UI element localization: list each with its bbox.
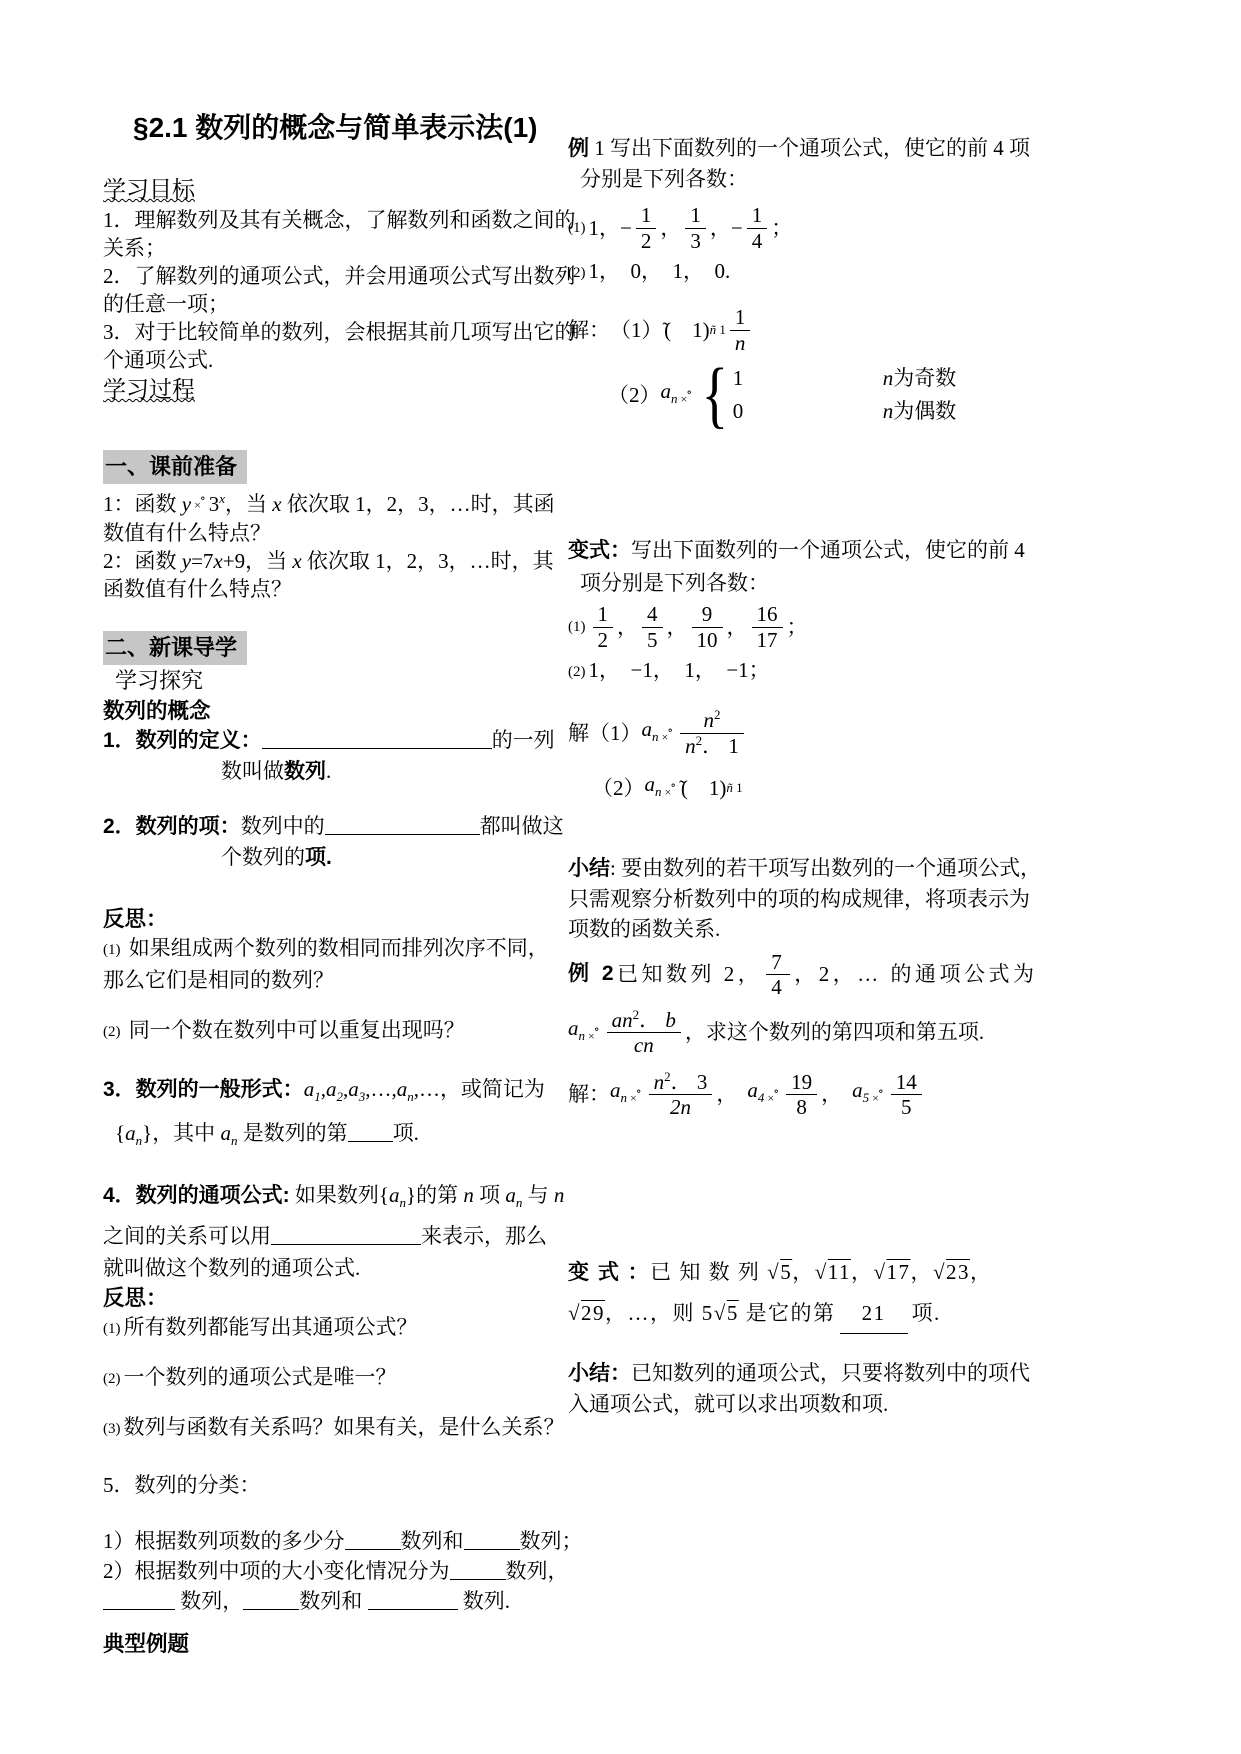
text: ，其中	[152, 1121, 220, 1145]
text: 1：函数	[103, 492, 182, 516]
example-1: 例 1 写出下面数列的一个通项公式，使它的前 4 项分别是下列各数：	[568, 133, 1178, 194]
var-x: x	[292, 549, 301, 573]
variation-2-label: 变 式 ：	[568, 1261, 650, 1284]
garbled-plus: ．	[639, 1008, 660, 1032]
text: ，或简记为	[440, 1077, 545, 1101]
fill-in-blank	[450, 1564, 506, 1580]
example-2-solution: 解：an×∘n2． 32n，a4×∘198，a5×∘145	[568, 1064, 1178, 1124]
text: 就叫做这个数列的通项公式.	[103, 1256, 360, 1280]
variation-1-item-1: (1)12，45，910，1617；	[568, 599, 1178, 655]
text: ,…,	[365, 1077, 397, 1101]
text: 已 知 数 列	[650, 1260, 767, 1284]
section-1-heading: 一、课前准备	[103, 450, 247, 484]
text: ，	[792, 1260, 815, 1284]
text: 数列中的	[241, 814, 325, 838]
fill-in-blank	[271, 1229, 421, 1245]
text: ；	[771, 213, 792, 243]
summary-1-label: 小结	[568, 857, 610, 880]
item-marker: (2)	[103, 1024, 121, 1040]
fraction: 45	[642, 602, 663, 651]
text: 项	[474, 1183, 506, 1207]
example-1-solution-1: 解：（1）˜( 1)ñ 11n	[568, 302, 1178, 358]
text: ，	[821, 1079, 842, 1109]
text: .	[326, 759, 331, 783]
goal-3-line-1: 3．对于比较简单的数列，会根据其前几项写出它的	[103, 320, 576, 344]
case-brace: {	[702, 364, 729, 427]
text: 个数列的	[221, 845, 305, 869]
text: 数列和	[299, 1589, 367, 1613]
term-a5: a5	[852, 1075, 869, 1113]
section-2-heading: 二、新课导学	[103, 631, 247, 665]
text: ，	[727, 612, 748, 642]
term-shulie: 数列	[284, 760, 326, 783]
text: 来表示，那么	[421, 1224, 547, 1248]
fill-in-blank	[464, 1534, 520, 1550]
solution-label: 解（1）	[568, 718, 642, 748]
radical: √5	[714, 1301, 739, 1325]
garbled-equals: ×∘	[872, 1076, 884, 1113]
minus-sign: −	[731, 213, 743, 243]
var-a: a	[397, 1077, 408, 1101]
text: 入通项公式，就可以求出项数和项.	[568, 1392, 888, 1416]
general-term-formula: 4．数列的通项公式: 如果数列{an}的第 n 项 an 与 n之间的关系可以用…	[103, 1179, 565, 1283]
garbled-equals: ×∘	[665, 770, 677, 807]
fill-in-blank	[243, 1594, 299, 1610]
definition-2: 2．数列的项：数列中的都叫做这个数列的项.	[103, 811, 565, 873]
example-1-item-2: (2)1， 0， 1， 0.	[568, 256, 1178, 288]
classification-heading: 5．数列的分类：	[103, 1470, 565, 1500]
example-1-number: 1	[589, 136, 610, 160]
radical: √17	[873, 1260, 910, 1284]
typical-examples-heading: 典型例题	[103, 1630, 565, 1658]
text: 写出下面数列的一个通项公式，使它的前 4 项	[610, 136, 1030, 160]
brace-open: {	[379, 1183, 389, 1207]
term-an: an	[610, 1075, 627, 1113]
reflect-2-heading: 反思：	[103, 1284, 565, 1312]
reflect-2-q2: (2)一个数列的通项公式是唯一？	[103, 1362, 565, 1394]
general-form-line-2: {an}，其中 an 是数列的第项.	[103, 1121, 419, 1145]
text: ，	[716, 1079, 737, 1109]
reflect-2-q3: (3)数列与函数有关系吗？如果有关，是什么关系？	[103, 1412, 565, 1444]
definition-1: 1．数列的定义：的一列数叫做数列.	[103, 725, 565, 787]
garbled-equals: ×∘	[681, 377, 693, 414]
text: 是数列的第	[237, 1121, 347, 1145]
text: 1， −1， 1， −1；	[589, 658, 770, 682]
term-an: an	[568, 1013, 585, 1051]
fraction: n2． 32n	[649, 1070, 713, 1119]
goal-item-2: 2．了解数列的通项公式，并会用通项公式写出数列的任意一项；	[103, 262, 565, 318]
variation-1: 变式：写出下面数列的一个通项公式，使它的前 4项分别是下列各数：	[568, 534, 1178, 599]
example-1-label: 例	[568, 137, 589, 160]
var-y: y	[182, 549, 191, 573]
summary-2-label: 小结：	[568, 1362, 631, 1385]
radical: √23	[933, 1260, 970, 1284]
var-a: a	[389, 1183, 400, 1207]
part-marker: （1）	[610, 315, 663, 345]
prep-question-1: 1：函数 y×∘3x，当 x 依次取 1，2，3，…时，其函数值有什么特点？	[103, 484, 565, 547]
text: 1，	[589, 213, 621, 243]
text: 项.	[393, 1121, 419, 1145]
text: =7	[191, 549, 213, 573]
general-form-label: 3．数列的一般形式：	[103, 1078, 304, 1101]
item-marker: (2)	[568, 664, 586, 680]
radical: √5	[767, 1260, 792, 1284]
text: 1， 0， 1， 0.	[589, 259, 731, 283]
fill-in-blank	[103, 1594, 175, 1610]
text: ，当	[225, 492, 272, 516]
item-marker: (1)	[568, 213, 586, 243]
var-y: y	[182, 492, 191, 516]
definition-2-label: 2．数列的项：	[103, 815, 241, 838]
text: 的第	[416, 1183, 463, 1207]
garbled-plus: ．	[671, 1070, 692, 1094]
concept-heading: 数列的概念	[103, 697, 565, 725]
fraction: 145	[891, 1070, 922, 1119]
left-column: §2.1 数列的概念与简单表示法(1) 学习目标 1．理解数列及其有关概念，了解…	[103, 0, 565, 1658]
text: 如果数列	[290, 1183, 379, 1207]
case-row-odd: 1n为奇数	[733, 362, 957, 395]
radical: √11	[815, 1260, 851, 1284]
var-a: a	[348, 1077, 359, 1101]
solution-label: 解：	[568, 1079, 610, 1109]
solution-label: 解：	[568, 315, 610, 345]
general-form: 3．数列的一般形式：a1,a2,a3,…,an,…，或简记为{an}，其中 an…	[103, 1071, 565, 1159]
var-x: x	[213, 549, 222, 573]
brace-close: }	[142, 1121, 152, 1145]
text: 5．数列的分类：	[103, 1473, 261, 1497]
text: ，	[710, 213, 731, 243]
var-a: a	[505, 1183, 516, 1207]
text: 函数值有什么特点？	[103, 577, 292, 601]
fraction: 12	[593, 602, 614, 651]
general-term-label: 4．数列的通项公式:	[103, 1184, 290, 1207]
text: 数列.	[458, 1589, 511, 1613]
variation-1-solution-1: 解（1）an×∘n2n2． 1	[568, 697, 1178, 769]
piecewise-cases: {1n为奇数0n为偶数	[697, 362, 956, 428]
variation-2: 变 式 ：已 知 数 列 √5，√11，√17，√23，√29，…，则 5√5 …	[568, 1252, 1178, 1334]
goal-2-line-1: 2．了解数列的通项公式，并会用通项公式写出数列	[103, 264, 576, 288]
text: 项数的函数关系.	[568, 917, 720, 941]
fill-in-blank	[345, 1534, 401, 1550]
var-n: n	[554, 1183, 565, 1207]
page-title: §2.1 数列的概念与简单表示法(1)	[133, 108, 565, 148]
term-an: an	[661, 376, 678, 414]
fraction: 198	[786, 1070, 817, 1119]
fraction: an2． bcn	[607, 1008, 681, 1057]
text: 数叫做	[221, 759, 284, 783]
classification-items: 1）根据数列项数的多少分数列和数列；2）根据数列中项的大小变化情况分为数列， 数…	[103, 1526, 565, 1616]
garbled-equals: ×∘	[630, 1076, 642, 1113]
variation-1-item-2: (2)1， −1， 1， −1；	[568, 655, 1178, 687]
example-1-solution-2: （2）an×∘{1n为奇数0n为偶数	[568, 362, 1178, 428]
text: 1）根据数列项数的多少分	[103, 1529, 345, 1553]
text: ，	[911, 1260, 934, 1284]
term-an: an	[645, 769, 662, 807]
term-a4: a4	[747, 1075, 764, 1113]
var-n: n	[463, 1183, 474, 1207]
goal-3-line-2: 个通项公式.	[103, 348, 213, 372]
fraction: 74	[766, 950, 790, 999]
fraction: 14	[747, 203, 768, 252]
item-marker: (1)	[103, 1321, 121, 1337]
var-a: a	[220, 1121, 231, 1145]
text: ，2，… 的通项公式为	[794, 959, 1037, 989]
paren-term: ( 1)	[681, 773, 727, 803]
part-marker: （2）	[592, 773, 645, 803]
radical: √29	[568, 1301, 605, 1325]
text: 数列，	[175, 1589, 243, 1613]
goal-item-3: 3．对于比较简单的数列，会根据其前几项写出它的个通项公式.	[103, 318, 565, 374]
summary-2: 小结：已知数列的通项公式，只要将数列中的项代入通项公式，就可以求出项数和项.	[568, 1358, 1178, 1419]
var-a: a	[125, 1121, 136, 1145]
right-column: 例 1 写出下面数列的一个通项公式，使它的前 4 项分别是下列各数： (1)1，…	[568, 0, 1178, 1419]
text: ，当	[245, 549, 292, 573]
term-xiang: 项.	[305, 846, 332, 869]
text: 依次取 1，2，3，…时，其函	[282, 492, 555, 516]
text: 要由数列的若干项写出数列的一个通项公式，	[621, 856, 1041, 880]
example-2: 例 2 已知数列 2，74，2，… 的通项公式为	[568, 946, 1178, 1002]
text: 的一列	[492, 728, 555, 752]
text: ，	[851, 1260, 874, 1284]
var-a: a	[326, 1077, 337, 1101]
definition-1-label: 1．数列的定义：	[103, 729, 262, 752]
text: ，…，则 5	[605, 1301, 714, 1325]
text: 数列与函数有关系吗？如果有关，是什么关系？	[124, 1415, 565, 1439]
text: ；	[787, 612, 808, 642]
text: 一个数列的通项公式是唯一？	[124, 1365, 397, 1389]
text: :	[610, 856, 621, 880]
var-a: a	[304, 1077, 315, 1101]
text: 同一个数在数列中可以重复出现吗？	[124, 1018, 465, 1042]
goal-2-line-2: 的任意一项；	[103, 292, 229, 316]
garbled-plus: ．	[702, 734, 723, 758]
text: 数列和	[401, 1529, 464, 1553]
fill-in-blank	[262, 733, 492, 749]
goal-1-line-1: 1．理解数列及其有关概念，了解数列和函数之间的	[103, 208, 576, 232]
reflect-1-q1: (1) 如果组成两个数列的数相同而排列次序不同，那么它们是相同的数列？	[103, 933, 565, 995]
text: 已知数列的通项公式，只要将数列中的项代	[631, 1361, 1030, 1385]
text: 2：函数	[103, 549, 182, 573]
text: 依次取 1，2，3，…时，其	[302, 549, 554, 573]
text: 之间的关系可以用	[103, 1224, 271, 1248]
fraction: 1617	[752, 602, 783, 651]
worksheet-page: §2.1 数列的概念与简单表示法(1) 学习目标 1．理解数列及其有关概念，了解…	[0, 0, 1241, 1754]
brace-open: {	[115, 1121, 125, 1145]
example-2-label: 例 2	[568, 959, 617, 989]
goal-heading: 学习目标	[103, 174, 195, 206]
section-1: 一、课前准备	[103, 450, 565, 484]
minus-sign: −	[620, 213, 632, 243]
text: 都叫做这	[480, 814, 564, 838]
text: 写出下面数列的一个通项公式，使它的前 4	[631, 538, 1025, 562]
fraction: n2n2． 1	[680, 708, 744, 757]
prep-question-2: 2：函数 y=7x+9，当 x 依次取 1，2，3，…时，其函数值有什么特点？	[103, 547, 565, 603]
text: 数列，	[506, 1559, 569, 1583]
text: 数值有什么特点？	[103, 521, 271, 545]
part-marker: （2）	[608, 380, 661, 410]
reflect-1-heading: 反思：	[103, 905, 565, 933]
text: 是它的第	[739, 1301, 836, 1325]
goal-item-1: 1．理解数列及其有关概念，了解数列和函数之间的关系；	[103, 206, 565, 262]
summary-1: 小结: 要由数列的若干项写出数列的一个通项公式，只需观察分析数列中的项的构成规律…	[568, 853, 1178, 944]
fraction: 1n	[730, 305, 751, 354]
example-2-formula: an×∘an2． bcn，求这个数列的第四项和第五项.	[568, 1002, 1178, 1062]
section-2: 二、新课导学	[103, 631, 565, 665]
text: 与	[522, 1183, 554, 1207]
item-marker: (1)	[103, 942, 121, 958]
text: ,…	[414, 1077, 440, 1101]
variation-1-solution-2: （2）an×∘˜( 1)ñ 1	[568, 769, 1178, 807]
case-row-even: 0n为偶数	[733, 395, 957, 428]
reflect-1-q2: (2) 同一个数在数列中可以重复出现吗？	[103, 1015, 565, 1047]
text: 如果组成两个数列的数相同而排列次序不同，	[124, 936, 549, 960]
garbled-equals: ×∘	[767, 1076, 779, 1113]
goal-1-line-2: 关系；	[103, 236, 166, 260]
exponent: ñ 1	[710, 315, 726, 345]
explore-heading: 学习探究	[103, 665, 565, 697]
fill-in-blank	[325, 819, 480, 835]
text: 所有数列都能写出其通项公式？	[124, 1315, 418, 1339]
example-1-item-1: (1)1，−12，13，−14；	[568, 200, 1178, 256]
reflect-2-q1: (1)所有数列都能写出其通项公式？	[103, 1312, 565, 1344]
fraction: 12	[636, 203, 657, 252]
text: ，	[617, 612, 638, 642]
var-x: x	[272, 492, 281, 516]
text: 项分别是下列各数：	[568, 571, 769, 595]
text: ，求这个数列的第四项和第五项.	[685, 1017, 984, 1047]
text: ，	[970, 1260, 993, 1284]
item-marker: (1)	[568, 612, 586, 642]
answer-21: 21	[840, 1293, 908, 1334]
text: 项.	[912, 1301, 941, 1325]
fraction: 13	[685, 203, 706, 252]
garbled-equals: ×∘	[194, 484, 206, 519]
garbled-equals: ×∘	[588, 1014, 600, 1051]
process-heading: 学习过程	[103, 374, 195, 406]
exponent: ñ 1	[726, 773, 742, 803]
text: 分别是下列各数：	[568, 167, 748, 191]
item-marker: (2)	[568, 265, 586, 281]
text: 2）根据数列中项的大小变化情况分为	[103, 1559, 450, 1583]
paren-term: ( 1)	[664, 315, 710, 345]
item-marker: (3)	[103, 1421, 121, 1437]
fill-in-blank	[368, 1594, 458, 1610]
text: ，	[660, 213, 681, 243]
variation-1-label: 变式：	[568, 539, 631, 562]
term-an: an	[642, 714, 659, 752]
definition-2-line-2: 个数列的项.	[103, 845, 332, 869]
brace-close: }	[406, 1183, 416, 1207]
text: +9	[223, 549, 245, 573]
text: ，	[667, 612, 688, 642]
text: 已知数列 2，	[617, 959, 762, 989]
text: 只需观察分析数列中的项的构成规律，将项表示为	[568, 887, 1030, 911]
base-3: 3	[209, 492, 220, 516]
definition-1-line-2: 数叫做数列.	[103, 759, 331, 783]
fill-in-blank	[348, 1126, 393, 1142]
fraction: 910	[692, 602, 723, 651]
garbled-equals: ×∘	[662, 715, 674, 752]
item-marker: (2)	[103, 1371, 121, 1387]
text: 那么它们是相同的数列？	[103, 968, 334, 992]
text: 数列；	[520, 1529, 583, 1553]
